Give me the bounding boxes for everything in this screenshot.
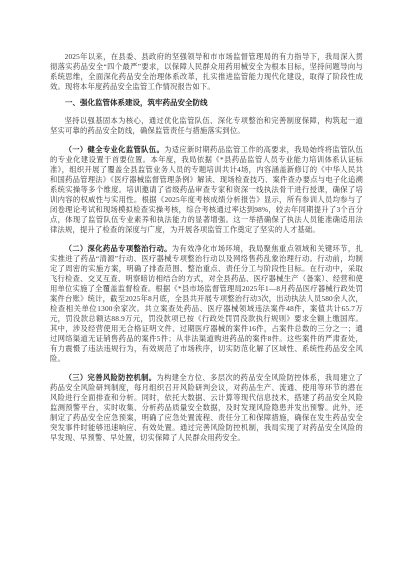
- subsection-paragraph-3: （三）完善风险防控机制。为构建全方位、多层次的药品安全风险防控体系，我局建立了药…: [50, 373, 363, 443]
- subsection-2-body: 为有效净化市场环境，我局聚焦重点领域和关键环节，扎实推进了药品“清源”行动、医疗…: [50, 244, 363, 363]
- subsection-1-body: 为适应新时期药品监管工作的高要求，我局始终将监管队伍的专业化建设置于首要位置。本…: [50, 145, 363, 234]
- intro-paragraph: 2025年以来，在县委、县政府的坚强领导和市市场监督管理局的有力指导下，我局深入…: [50, 52, 363, 92]
- subsection-2-title: （二）深化药品专项整治行动。: [65, 244, 172, 253]
- document-page: 2025年以来，在县委、县政府的坚强领导和市市场监督管理局的有力指导下，我局深入…: [0, 0, 410, 580]
- section-lead-paragraph: 坚持以强基固本为核心，通过优化监管队伍、深化专项整治和完善制度保障，构筑起一道坚…: [50, 116, 363, 136]
- subsection-paragraph-2: （二）深化药品专项整治行动。为有效净化市场环境，我局聚焦重点领域和关键环节，扎实…: [50, 244, 363, 364]
- subsection-3-title: （三）完善风险防控机制。: [65, 373, 157, 382]
- subsection-paragraph-1: （一）健全专业化监管队伍。为适应新时期药品监管工作的高要求，我局始终将监管队伍的…: [50, 145, 363, 235]
- section-heading: 一、强化监管体系建设，筑牢药品安全防线: [50, 98, 363, 108]
- subsection-3-body: 为构建全方位、多层次的药品安全风险防控体系，我局建立了药品安全风险研判制度，每月…: [50, 373, 363, 442]
- subsection-1-title: （一）健全专业化监管队伍。: [65, 145, 165, 154]
